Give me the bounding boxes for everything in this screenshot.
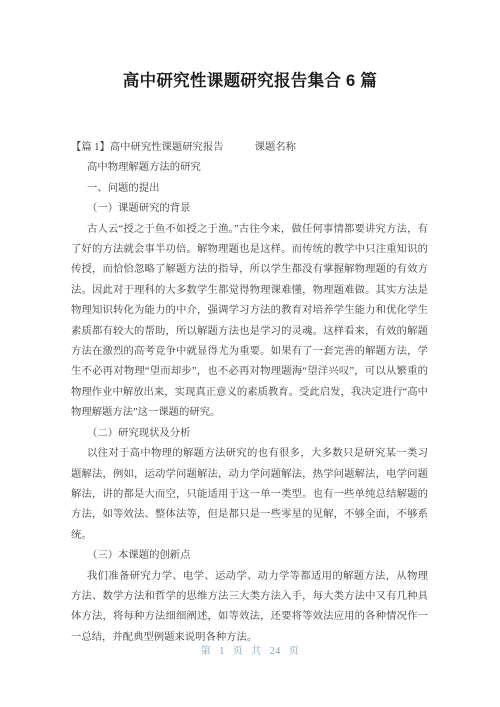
paragraph-body-status: 以往对于高中物理的解题方法研究的也有很多，大多数只是研究某一类习题解法，例如，运…: [71, 444, 428, 546]
page-number-footer: 第 1 页 共 24 页: [0, 645, 500, 659]
paragraph-heading-1: 一、问题的提出: [71, 179, 428, 199]
paragraph-section-heading: 【篇 1】高中研究性课题研究报告 课题名称: [71, 138, 428, 158]
document-page: 高中研究性课题研究报告集合 6 篇 【篇 1】高中研究性课题研究报告 课题名称 …: [0, 0, 500, 707]
paragraph-body-background: 古人云“授之于鱼不如授之于渔。”古往今来，做任何事情都要讲究方法，有了好的方法就…: [71, 220, 428, 424]
paragraph-heading-1-1: （一）课题研究的背景: [71, 199, 428, 219]
paragraph-body-innovation: 我们准备研究力学、电学、运动学、动力学等都适用的解题方法，从物理方法、数学方法和…: [71, 567, 428, 649]
paragraph-topic-name: 高中物理解题方法的研究: [71, 158, 428, 178]
paragraph-heading-1-2: （二）研究现状及分析: [71, 424, 428, 444]
document-title: 高中研究性课题研究报告集合 6 篇: [0, 0, 500, 93]
paragraph-heading-1-3: （三）本课题的创新点: [71, 546, 428, 566]
document-body: 【篇 1】高中研究性课题研究报告 课题名称 高中物理解题方法的研究 一、问题的提…: [71, 138, 428, 648]
